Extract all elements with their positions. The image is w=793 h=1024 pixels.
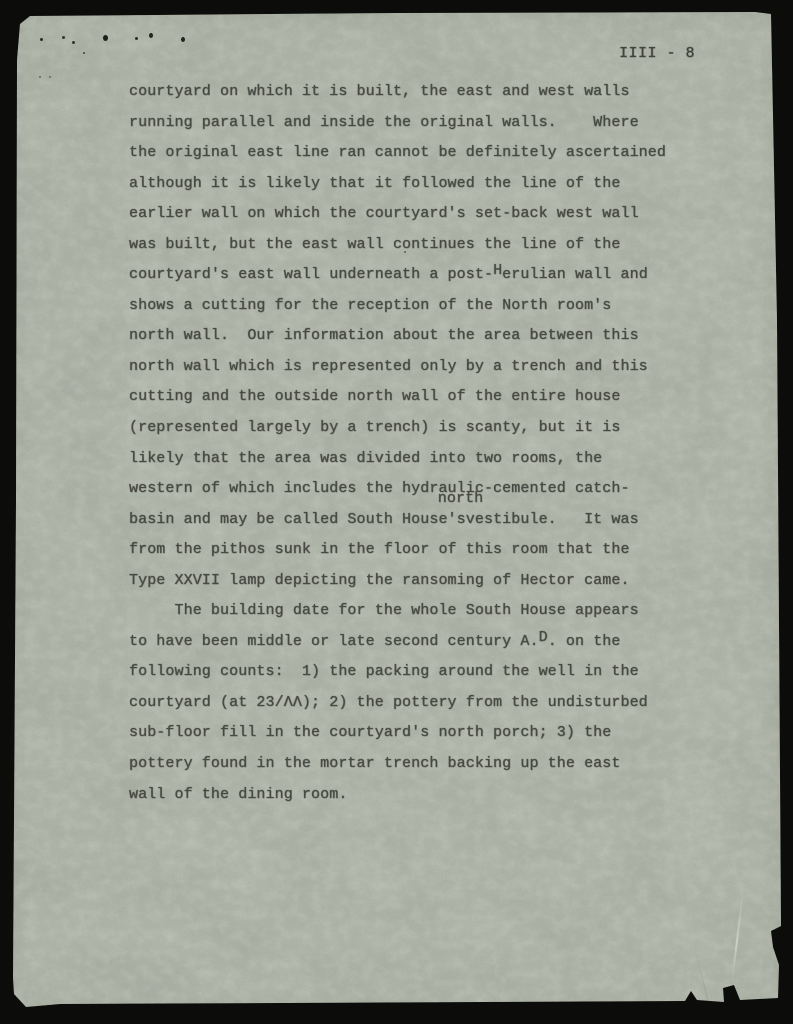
paper-speck [135, 37, 138, 40]
raised-character: H [493, 262, 502, 279]
typed-line: from the pithos sunk in the floor of thi… [129, 535, 689, 566]
typed-segment: courtyard on which it is built, the east… [129, 83, 630, 100]
paper-speck [83, 52, 85, 54]
typed-line: courtyard (at 23/ΛΛ); 2) the pottery fro… [129, 688, 689, 719]
typed-segment: from the pithos sunk in the floor of thi… [129, 541, 630, 558]
paper-speck [404, 251, 406, 253]
typed-segment: the original east line ran cannot be def… [129, 144, 666, 161]
typed-segment: wall of the dining room. [129, 786, 347, 803]
typed-segment: courtyard's east wall underneath a post- [129, 266, 493, 283]
paper-crease [693, 941, 709, 1001]
scanned-page: IIII - 8 courtyard on which it is built,… [0, 0, 793, 1024]
typed-segment: Type XXVII lamp depicting the ransoming … [129, 572, 630, 589]
typed-segment: to have been middle or late second centu… [129, 633, 539, 650]
typed-line: basin and may be called South House'snor… [129, 505, 689, 536]
typed-line: earlier wall on which the courtyard's se… [129, 199, 689, 230]
typed-segment: cutting and the outside north wall of th… [129, 388, 620, 405]
typed-segment: pottery found in the mortar trench backi… [129, 755, 620, 772]
raised-character: D [539, 629, 548, 646]
typed-segment: was built, but the east wall continues t… [129, 236, 620, 253]
scan-background: { "page": { "background_color": "#0c0c0a… [0, 0, 793, 1024]
typed-segment: courtyard (at 23/ΛΛ); 2) the pottery fro… [129, 694, 648, 711]
paper-speck [149, 33, 153, 38]
typed-line: cutting and the outside north wall of th… [129, 382, 689, 413]
typed-text-block: courtyard on which it is built, the east… [129, 77, 689, 810]
typed-line: sub-floor fill in the courtyard's north … [129, 718, 689, 749]
typed-segment: earlier wall on which the courtyard's se… [129, 205, 639, 222]
typed-segment: north wall. Our information about the ar… [129, 327, 639, 344]
typed-segment: north wall which is represented only by … [129, 358, 648, 375]
typed-line: The building date for the whole South Ho… [129, 596, 689, 627]
typed-segment: erulian wall and [502, 266, 648, 283]
typed-line: running parallel and inside the original… [129, 108, 689, 139]
typed-segment: although it is likely that it followed t… [129, 175, 620, 192]
typed-segment: . on the [548, 633, 621, 650]
paper-speck [39, 76, 41, 78]
typed-segment: western of which includes the hydraulic-… [129, 480, 630, 497]
typed-line: (represented largely by a trench) is sca… [129, 413, 689, 444]
typed-segment: likely that the area was divided into tw… [129, 450, 602, 467]
typed-segment: following counts: 1) the packing around … [129, 663, 639, 680]
paper-speck [103, 35, 108, 41]
paper-speck [40, 38, 43, 41]
typed-line: to have been middle or late second centu… [129, 627, 689, 658]
typed-segment: The building date for the whole South Ho… [129, 602, 639, 619]
typed-line: courtyard on which it is built, the east… [129, 77, 689, 108]
typed-line: pottery found in the mortar trench backi… [129, 749, 689, 780]
typed-line: shows a cutting for the reception of the… [129, 291, 689, 322]
typed-segment: shows a cutting for the reception of the… [129, 297, 611, 314]
paper-speck [49, 76, 51, 78]
typed-segment: (represented largely by a trench) is sca… [129, 419, 620, 436]
typed-line: wall of the dining room. [129, 780, 689, 811]
typed-segment: running parallel and inside the original… [129, 114, 639, 131]
inserted-word: north [438, 484, 484, 515]
paper-speck [62, 36, 65, 39]
typed-line: following counts: 1) the packing around … [129, 657, 689, 688]
typed-line: western of which includes the hydraulic-… [129, 474, 689, 505]
typed-line: Type XXVII lamp depicting the ransoming … [129, 566, 689, 597]
page-number: IIII - 8 [619, 45, 695, 62]
typed-line: north wall which is represented only by … [129, 352, 689, 383]
typed-segment: vestibule. It was [466, 511, 639, 528]
paper-crease [728, 893, 744, 1004]
typed-segment: basin and may be called South House's [129, 511, 466, 528]
typed-line: although it is likely that it followed t… [129, 169, 689, 200]
typed-line: north wall. Our information about the ar… [129, 321, 689, 352]
paper-speck [181, 37, 185, 42]
paper-speck [72, 41, 75, 44]
typed-line: likely that the area was divided into tw… [129, 444, 689, 475]
typed-line: the original east line ran cannot be def… [129, 138, 689, 169]
typed-segment: sub-floor fill in the courtyard's north … [129, 724, 611, 741]
typed-line: was built, but the east wall continues t… [129, 230, 689, 261]
typed-line: courtyard's east wall underneath a post-… [129, 260, 689, 291]
